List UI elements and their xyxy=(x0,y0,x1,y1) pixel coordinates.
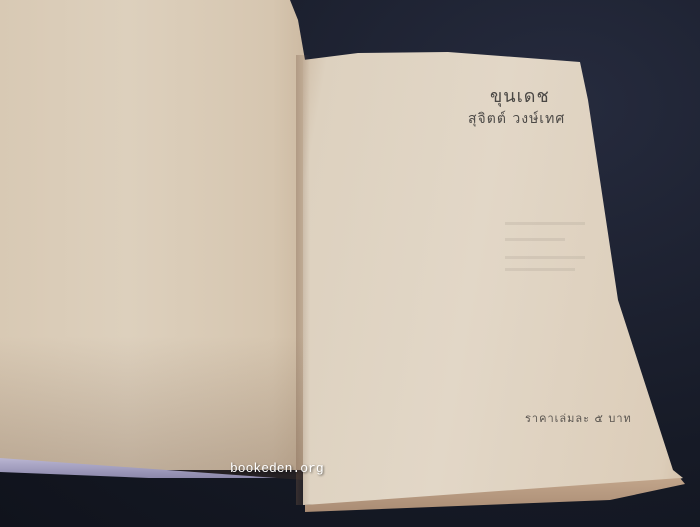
watermark: bookeden.org xyxy=(230,461,324,476)
book-title: ขุนเดช xyxy=(490,81,550,110)
bleed-through-line xyxy=(505,268,575,271)
bleed-through-line xyxy=(505,238,565,241)
book-gutter xyxy=(296,55,310,505)
bleed-through-line xyxy=(505,256,585,259)
left-page-shadow xyxy=(0,0,320,480)
bleed-through-line xyxy=(505,222,585,225)
book-author: สุจิตต์ วงษ์เทศ xyxy=(468,108,565,130)
book-price: ราคาเล่มละ ๕ บาท xyxy=(525,409,632,427)
